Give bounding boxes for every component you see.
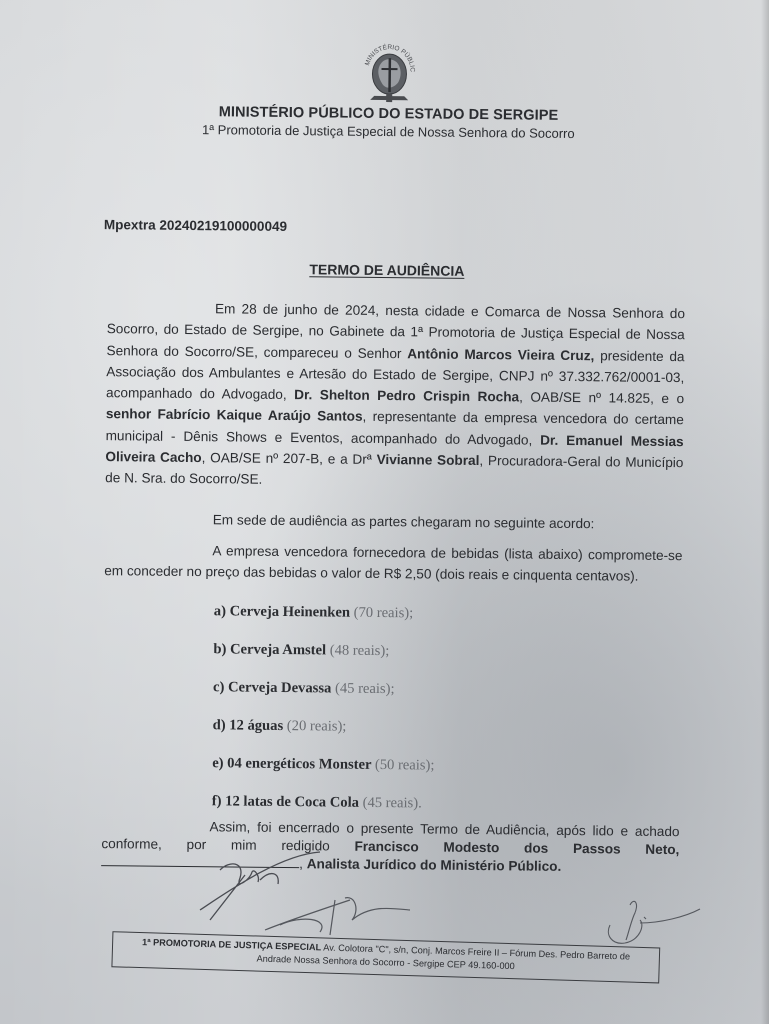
- list-item: d) 12 águas (20 reais);: [212, 715, 435, 755]
- attorney-name: Vivianne Sobral: [377, 452, 480, 468]
- party-name: senhor Fabrício Kaique Araújo Santos: [106, 407, 363, 425]
- analyst-name: Francisco Modesto dos Passos Neto,: [354, 839, 679, 857]
- list-item: a) Cerveja Heinenken (70 reais);: [214, 601, 437, 641]
- paragraph-price-commitment: A empresa vencedora fornecedora de bebid…: [104, 539, 682, 588]
- paragraph-closing: Assim, foi encerrado o presente Termo de…: [101, 817, 680, 877]
- list-item: c) Cerveja Devassa (45 reais);: [213, 677, 436, 717]
- ministerio-publico-seal-icon: MINISTÉRIO PÚBLICO: [358, 36, 421, 109]
- list-item: b) Cerveja Amstel (48 reais);: [213, 639, 436, 679]
- paragraph-hearing-parties: Em 28 de junho de 2024, nesta cidade e C…: [105, 297, 685, 495]
- list-item: e) 04 energéticos Monster (50 reais);: [212, 753, 435, 793]
- party-initials-icon: [600, 895, 710, 955]
- beverage-list: a) Cerveja Heinenken (70 reais); b) Cerv…: [212, 601, 437, 831]
- analyst-title: Analista Jurídico do Ministério Público.: [307, 856, 562, 874]
- lawyer-name: Dr. Shelton Pedro Crispin Rocha: [294, 387, 519, 404]
- document-title: TERMO DE AUDIÊNCIA: [2, 258, 769, 282]
- process-number: Mpextra 20240219100000049: [104, 217, 287, 234]
- party-signature-icon: [260, 890, 420, 940]
- document-page: MINISTÉRIO PÚBLICO MINISTÉRIO PÚBLICO DO…: [0, 0, 769, 1024]
- party-name: Antônio Marcos Vieira Cruz,: [407, 346, 594, 363]
- paragraph-agreement: Em sede de audiência as partes chegaram …: [105, 508, 683, 535]
